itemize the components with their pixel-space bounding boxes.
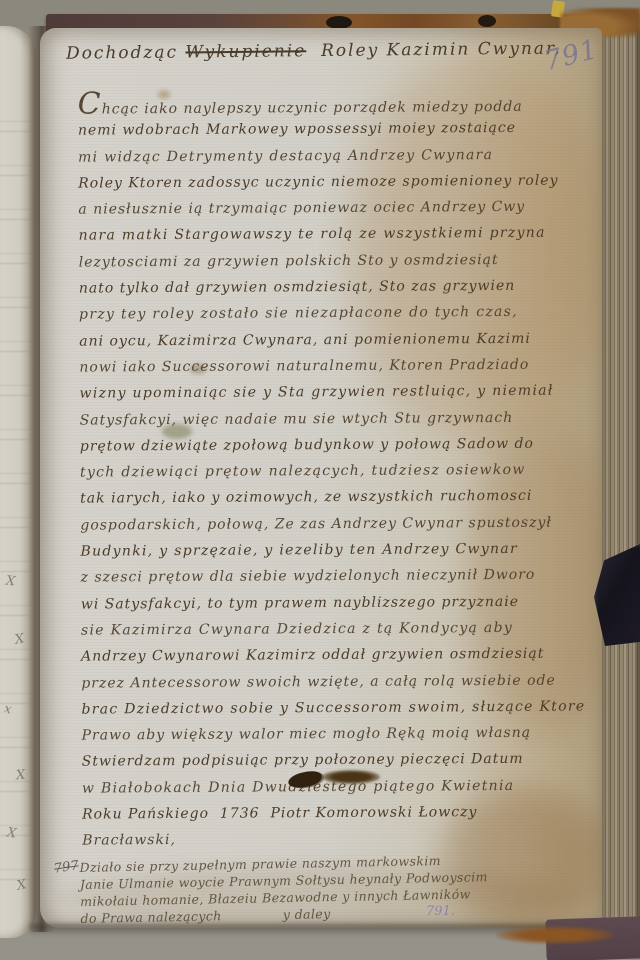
manuscript-line: mi widząc Detrymenty destacyą Andrzey Cw… <box>78 141 593 170</box>
manuscript-line: gospodarskich, połową, Ze zas Andrzey Cw… <box>80 509 595 538</box>
page-fore-edge <box>597 24 640 932</box>
manuscript-line: Satysfakcyi, więc nadaie mu sie wtych St… <box>80 404 595 433</box>
manuscript-line: wizny upominaiąc sie y Sta grzywien rest… <box>79 378 594 407</box>
manuscript-line: a niesłusznie ią trzymaiąc poniewaz ocie… <box>78 194 593 223</box>
struck-word: Wykupienie <box>185 41 306 62</box>
manuscript-line: tych dziewiąci prętow nalezących, tudzie… <box>80 457 595 486</box>
manuscript-line: sie Kazimirza Cwynara Dziedzica z tą Kon… <box>81 614 596 643</box>
manuscript-line: nemi wdobrach Markowey wpossessyi moiey … <box>78 115 593 144</box>
manuscript-line: Chcąc iako naylepszy uczynic porządek mi… <box>78 88 593 117</box>
manuscript-line: Budynki, y sprzęzaie, y iezeliby ten And… <box>80 535 595 564</box>
manuscript-line: lezytosciami za grzywien polskich Sto y … <box>79 246 594 275</box>
manuscript-line: prętow dziewiąte zpołową budynkow y poło… <box>80 430 595 459</box>
manuscript-line: nara matki Stargowawszy te rolą ze wszys… <box>78 220 593 249</box>
manuscript-line: tak iarych, iako y ozimowych, ze wszystk… <box>80 483 595 512</box>
manuscript-line: Prawo aby większy walor miec mogło Ręką … <box>82 720 597 749</box>
x-mark: X <box>5 574 16 590</box>
manuscript-postscript: Działo sie przy zupełnym prawie naszym m… <box>79 849 595 927</box>
manuscript-line: ani oycu, Kazimirza Cwynara, ani pomieni… <box>79 325 594 354</box>
manuscript-page: Dochodząc Wykupienie Roley Kazimin Cwyna… <box>40 28 602 928</box>
manuscript-line: brac Dziedzictwo sobie y Successorom swo… <box>81 693 596 722</box>
cover-stain-smear <box>496 926 614 944</box>
manuscript-body-text: Chcąc iako naylepszy uczynic porządek mi… <box>78 88 598 854</box>
manuscript-line: wi Satysfakcyi, to tym prawem nayblizsze… <box>81 588 596 617</box>
manuscript-line: Roley Ktoren zadossyc uczynic niemoze sp… <box>78 167 593 196</box>
manuscript-line: Roku Pańskiego 1736 Piotr Komorowski Łow… <box>82 798 597 827</box>
ink-smear <box>322 770 380 784</box>
manuscript-line: nowi iako Successorowi naturalnemu, Ktor… <box>79 351 594 380</box>
heading-prefix: Dochodząc <box>66 42 186 63</box>
x-mark: X <box>15 768 26 784</box>
pencil-page-number-bottom: 791. <box>426 904 455 919</box>
manuscript-line: Andrzey Cwynarowi Kazimirz oddał grzywie… <box>81 641 596 670</box>
heading-suffix: Roley Kazimin Cwynar, <box>306 39 562 62</box>
manuscript-line: przez Antecessorow swoich wzięte, a całą… <box>81 667 596 696</box>
manuscript-line: z szesci prętow dla siebie wydzielonych … <box>81 562 596 591</box>
cover-dark-spot <box>478 15 496 27</box>
manuscript-line: przy tey roley zostało sie niezapłacone … <box>79 299 594 328</box>
manuscript-line: nato tylko dał grzywien osmdziesiąt, Sto… <box>79 273 594 302</box>
